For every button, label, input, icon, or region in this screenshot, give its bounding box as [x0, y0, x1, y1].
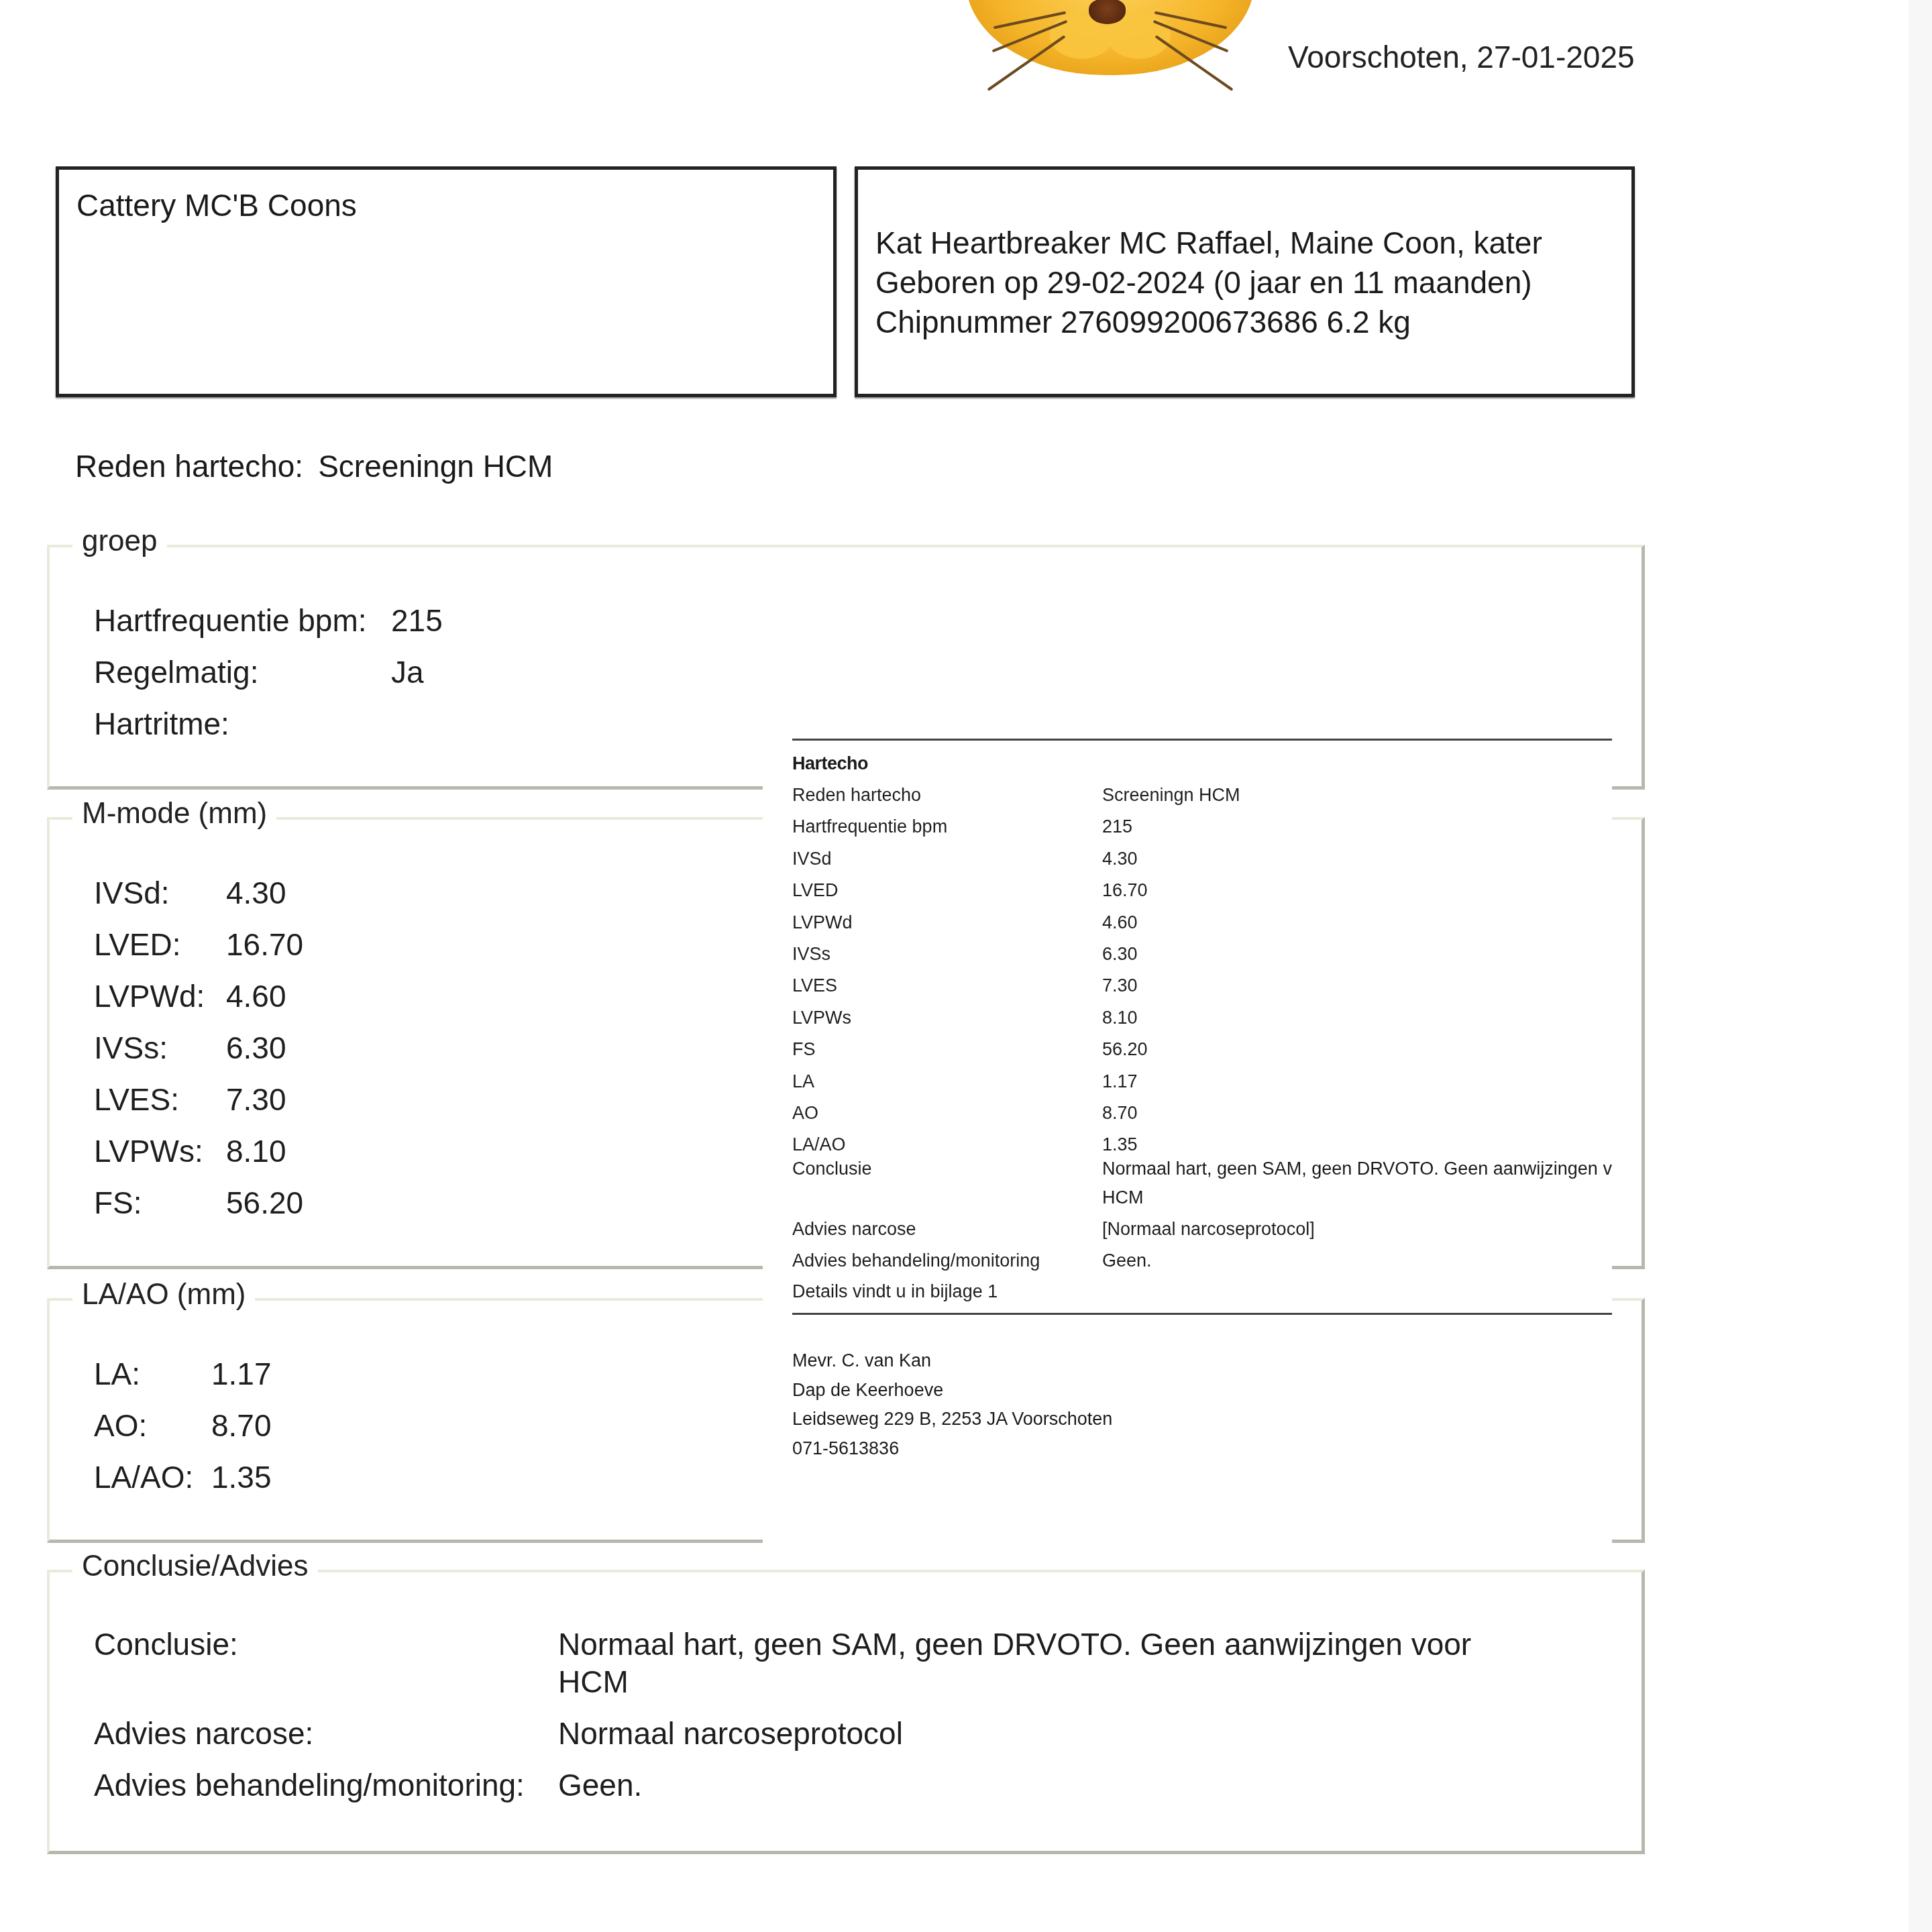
anesthesia-advice-row: Advies narcose:Normaal narcoseprotocol — [94, 1715, 903, 1752]
summary-row: FS56.20 — [792, 1039, 1148, 1060]
summary-row: Hartfrequentie bpm215 — [792, 816, 1132, 837]
place-date: Voorschoten, 27-01-2025 — [1288, 39, 1635, 75]
summary-details-note: Details vindt u in bijlage 1 — [792, 1281, 998, 1302]
patient-chip-line: Chipnummer 276099200673686 6.2 kg — [875, 303, 1542, 342]
summary-conclusie-value: Normaal hart, geen SAM, geen DRVOTO. Gee… — [1102, 1159, 1612, 1179]
fieldset-legend: LA/AO (mm) — [72, 1278, 255, 1311]
summary-conclusie-value-continued: HCM — [1102, 1187, 1612, 1208]
regular-row: Regelmatig:Ja — [94, 654, 424, 690]
patient-birth-line: Geboren op 29-02-2024 (0 jaar en 11 maan… — [875, 263, 1542, 303]
summary-row: LA1.17 — [792, 1071, 1138, 1092]
vet-address-line: Mevr. C. van Kan — [792, 1350, 931, 1371]
mmode-row: FS:56.20 — [94, 1185, 303, 1221]
la-ao-row: LA/AO:1.35 — [94, 1459, 272, 1495]
summary-row: IVSs6.30 — [792, 944, 1138, 965]
summary-row: LVPWd4.60 — [792, 912, 1138, 933]
divider — [792, 1313, 1612, 1315]
rhythm-row: Hartritme: — [94, 706, 391, 742]
summary-row: AO8.70 — [792, 1103, 1138, 1124]
patient-box: Kat Heartbreaker MC Raffael, Maine Coon,… — [855, 166, 1635, 397]
summary-title: Hartecho — [792, 753, 868, 774]
mmode-row: IVSd:4.30 — [94, 875, 286, 911]
la-ao-row: LA:1.17 — [94, 1356, 272, 1392]
hartecho-summary-panel: Hartecho Reden hartechoScreeningn HCMHar… — [763, 735, 1612, 1543]
fieldset-conclusie-advies: Conclusie/Advies Conclusie:Normaal hart,… — [47, 1570, 1645, 1854]
summary-row: LVES7.30 — [792, 975, 1138, 996]
mmode-row: LVPWd:4.60 — [94, 978, 286, 1014]
fieldset-legend: groep — [72, 525, 167, 558]
mmode-row: LVES:7.30 — [94, 1081, 286, 1118]
cat-face-icon — [966, 0, 1254, 75]
owner-box: Cattery MC'B Coons — [56, 166, 837, 397]
fieldset-legend: M-mode (mm) — [72, 797, 276, 830]
vet-address-line: Dap de Keerhoeve — [792, 1380, 943, 1401]
divider — [792, 739, 1612, 741]
treatment-advice-row: Advies behandeling/monitoring:Geen. — [94, 1767, 642, 1803]
summary-row-behandeling: Advies behandeling/monitoringGeen. — [792, 1250, 1152, 1271]
la-ao-row: AO:8.70 — [94, 1407, 272, 1444]
patient-name-line: Kat Heartbreaker MC Raffael, Maine Coon,… — [875, 223, 1542, 263]
summary-row: LA/AO1.35 — [792, 1134, 1138, 1155]
summary-row: LVED16.70 — [792, 880, 1148, 901]
mmode-row: IVSs:6.30 — [94, 1030, 286, 1066]
summary-row: LVPWs8.10 — [792, 1008, 1138, 1028]
vet-address-line: Leidseweg 229 B, 2253 JA Voorschoten — [792, 1409, 1112, 1430]
summary-row: Reden hartechoScreeningn HCM — [792, 785, 1240, 806]
fieldset-legend: Conclusie/Advies — [72, 1550, 318, 1583]
summary-row: IVSd4.30 — [792, 849, 1138, 869]
reason-line: Reden hartecho:Screeningn HCM — [75, 448, 553, 484]
heart-rate-row: Hartfrequentie bpm:215 — [94, 602, 443, 639]
conclusion-row: Conclusie:Normaal hart, geen SAM, geen D… — [94, 1626, 1471, 1662]
summary-row-narcose: Advies narcose[Normaal narcoseprotocol] — [792, 1219, 1315, 1240]
mmode-row: LVED:16.70 — [94, 926, 303, 963]
summary-row-conclusie: Conclusie — [792, 1159, 1102, 1179]
mmode-row: LVPWs:8.10 — [94, 1133, 286, 1169]
reason-value: Screeningn HCM — [318, 449, 553, 484]
reason-label: Reden hartecho: — [75, 449, 303, 484]
owner-name: Cattery MC'B Coons — [76, 187, 357, 223]
vet-address-line: 071-5613836 — [792, 1438, 899, 1459]
conclusion-row-continued: HCM — [558, 1664, 629, 1700]
page-edge-strip — [1909, 0, 1932, 1932]
